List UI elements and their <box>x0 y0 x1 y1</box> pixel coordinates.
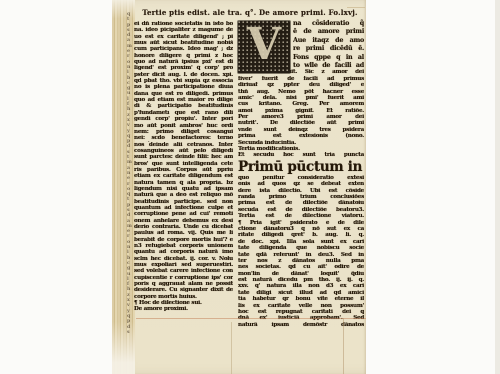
text-line: naturã que a deo est reliquo mõ <box>134 192 233 198</box>
vertical-fold-line-left <box>231 322 232 374</box>
text-line: sunt parctes: deinde filii: hec am <box>134 154 233 160</box>
text-line: quantū ad corporis naturã imo <box>134 249 233 255</box>
photo-edge-band <box>495 0 500 374</box>
right-column-body-lines: ima loca defluit. Sic z amor deifiver' f… <box>238 69 364 139</box>
text-line: naturã ipsam demõstr dãnatos <box>238 322 364 328</box>
text-line: thñ aug. Nemo põt hacner esse <box>238 89 364 95</box>
text-line: etiam ex caritate diligendum est <box>134 173 233 179</box>
text-line: corruptionē pene ad cui' remoti <box>134 211 233 217</box>
text-line: prima est de dilectiõe dãnatoiū <box>238 200 364 206</box>
text-line: ritate diligēdi qret' b. aug. li. q. <box>238 232 364 238</box>
text-line: onis ad quos qz se debeat exten <box>238 181 364 187</box>
text-line: di & participatio beatitudinis <box>134 103 233 109</box>
text-line: tia habetur qr bonū vite eterne il <box>238 296 364 302</box>
horizontal-fold-line <box>136 318 366 319</box>
text-line: De amore proximi. <box>134 306 233 312</box>
text-line: Tertia est de dilectione viatorū. <box>238 213 364 219</box>
text-line: nos deinde alii cetranos. Inter <box>134 142 233 148</box>
left-column-justified-lines: ei dñ rationē societatis in isto bona. i… <box>134 21 233 294</box>
running-header: Tertie ptis edist. ale tra. q°. De amore… <box>136 8 364 17</box>
text-line: sed volebat carere infectione con <box>134 268 233 274</box>
book-photo: q t p s d a m e r o n i b c g u l f h z … <box>0 0 500 374</box>
text-line: na cõsideratio q̃ <box>293 19 364 27</box>
text-line: mo aŭt ponit ambros' hūc ordi <box>134 123 233 129</box>
text-line: prima est extēsionis (nono. <box>238 133 364 139</box>
text-line: nutrit'. De dilectiõe aŭt primi <box>238 120 364 126</box>
text-line: nes societas. qd cū ait' odire de <box>238 264 364 270</box>
book-page: q t p s d a m e r o n i b c g u l f h z … <box>112 0 366 374</box>
right-column-list-lines: Secunda inducintia.Tertia modificationis… <box>238 140 364 153</box>
text-line: cum participans. Ideo mag' ; dz <box>134 46 233 52</box>
woodcut-initial-V: V <box>238 21 290 73</box>
text-line: na. ideo p̄icipaliter z magume de <box>134 27 233 33</box>
text-line: re primi dicēdū ē. <box>293 44 364 52</box>
binding-gutter-edge: q t p s d a m e r o n i b c g u l f h z … <box>112 0 135 374</box>
text-line: paulus ad roma. vij. Quis me li <box>134 230 233 236</box>
right-column-after-heading-lines: quo penitur consideratio extēsionis ad q… <box>238 175 364 328</box>
text-line: xxv. q' natura illa non d3 ex cari <box>238 283 364 289</box>
text-line: Aue itaqz de amo <box>293 36 364 44</box>
vertical-fold-line-right <box>343 318 344 374</box>
left-text-column: ei dñ rationē societatis in isto bona. i… <box>134 21 233 313</box>
text-line: tate qdã referunt' in deū3. Sed in <box>238 252 364 258</box>
text-line: nei: scdo benefactores: terno co'cti <box>134 135 233 141</box>
text-line: diriuaf qz ppter deū diligēd' ē <box>238 82 364 88</box>
text-line: bros' que sunt intelligenda cete <box>134 161 233 167</box>
text-line: Fons qppe q in al <box>293 53 364 61</box>
text-line: cus kritano. Greg. Per amorem <box>238 101 364 107</box>
text-line: natura tamen q̄ ala propria. bz <box>134 180 233 186</box>
section-heading: Primū pūctum in <box>238 159 364 175</box>
left-column-end-lines: corpore mortis huius.¶ Hoc de dilectione… <box>134 294 233 313</box>
text-line: gendi corp' propiu'. Inter pori <box>134 116 233 122</box>
text-line: ē de amore primi <box>293 27 364 35</box>
text-line: to wlle de facili ad <box>293 61 364 69</box>
text-line: desiderare. Cū signanter dixit de <box>134 287 233 293</box>
right-text-column: V na cõsideratio q̃ē de amore primiAue i… <box>238 19 364 328</box>
initial-letter: V <box>238 21 290 70</box>
text-line: tate diligenda que nobiscū socie <box>238 245 364 251</box>
text-line: no is plena participatione diuīa <box>134 84 233 90</box>
text-line: ligend' est proxim' q̄ corp' pro <box>134 65 233 71</box>
pre-heading-line: Et secūdū hoc sunt tria puncta <box>238 152 364 158</box>
